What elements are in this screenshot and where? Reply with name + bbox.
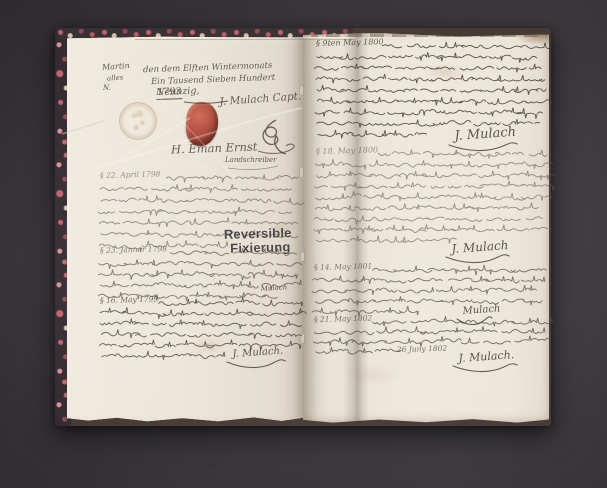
margin-note-line1: Martin — [102, 61, 130, 72]
clerk-title: Landschreiber — [225, 156, 277, 164]
right-page — [303, 33, 549, 423]
clerk-signature: H. Eman Ernst — [171, 139, 258, 156]
binding-stitch — [301, 334, 304, 343]
captain-signature: J. Mulach Capt. — [219, 90, 301, 108]
margin-note-line2: alles — [107, 73, 124, 82]
photo-background: Martin alles N. den dem Elften Wintermon… — [0, 0, 607, 488]
header-line2: Ein Tausend Sieben Hundert — [151, 73, 275, 87]
watermark-line2: Fixierung — [230, 240, 292, 255]
manuscript-book: Martin alles N. den dem Elften Wintermon… — [55, 28, 551, 426]
paper-stain — [423, 63, 467, 81]
binding-stitch — [300, 168, 303, 177]
header-year: 1793 — [156, 86, 183, 100]
paper-stain — [343, 363, 403, 387]
paper-stain — [187, 336, 227, 356]
embossed-seal-icon — [119, 102, 157, 140]
margin-note-line3: N. — [103, 84, 111, 92]
binding-stitch — [300, 86, 303, 95]
watermark-stamp: Reversible Fixierung — [224, 226, 292, 255]
binding-stitch — [301, 252, 304, 261]
